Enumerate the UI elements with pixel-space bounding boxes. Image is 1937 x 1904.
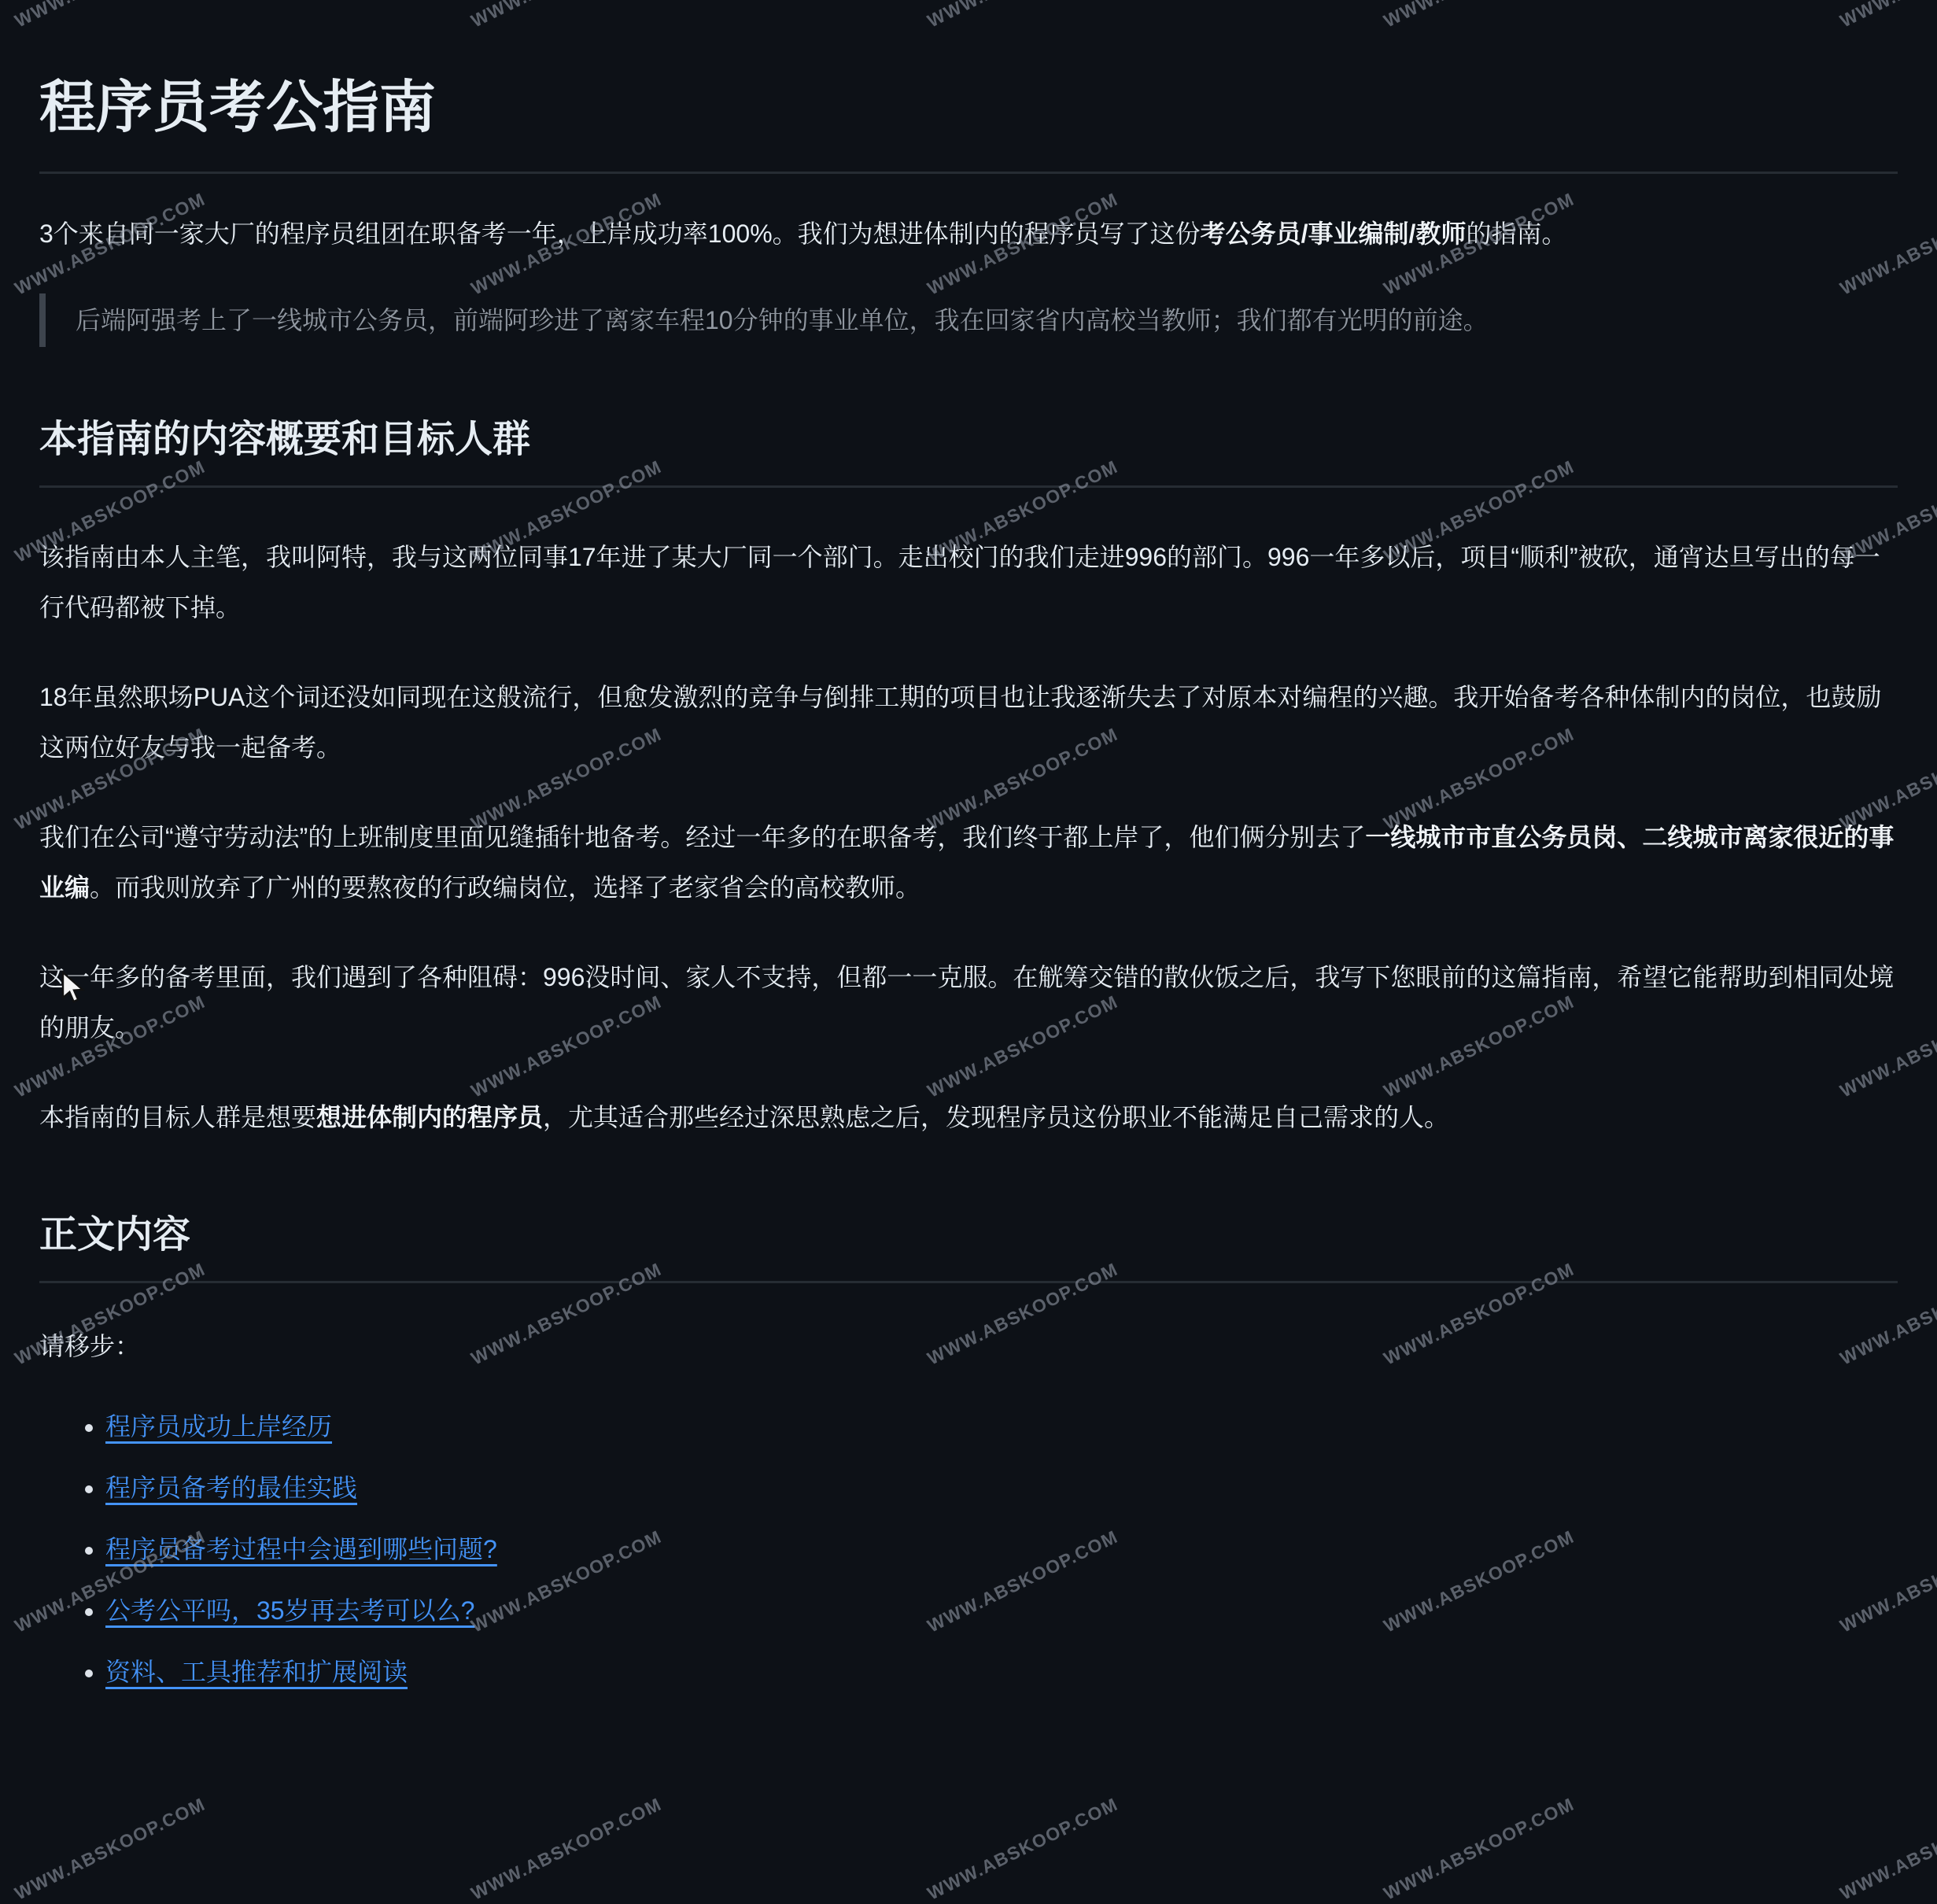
text-segment: 。而我则放弃了广州的要熬夜的行政编岗位，选择了老家省会的高校教师。	[90, 873, 921, 902]
toc-link-fairness-age35[interactable]: 公考公平吗，35岁再去考可以么?	[105, 1596, 474, 1625]
quote-block: 后端阿强考上了一线城市公务员，前端阿珍进了离家车程10分钟的事业单位，我在回家省…	[39, 293, 1898, 347]
watermark-text: WWW.ABSKOOP.COM	[467, 0, 665, 31]
section-heading-overview: 本指南的内容概要和目标人群	[39, 416, 1898, 488]
text-segment: 的指南。	[1466, 220, 1566, 248]
text-segment: 这一年多的备考里面，我们遇到了各种阻碍：996没时间、家人不支持，但都一一克服。…	[39, 963, 1894, 1042]
watermark-text: WWW.ABSKOOP.COM	[1836, 0, 1937, 31]
toc-link-best-practices[interactable]: 程序员备考的最佳实践	[105, 1474, 357, 1502]
body-paragraph: 这一年多的备考里面，我们遇到了各种阻碍：996没时间、家人不支持，但都一一克服。…	[39, 952, 1898, 1053]
watermark-text: WWW.ABSKOOP.COM	[467, 1794, 665, 1904]
toc-link-success-stories[interactable]: 程序员成功上岸经历	[105, 1412, 332, 1441]
section-heading-content: 正文内容	[39, 1212, 1898, 1283]
quote-text: 后端阿强考上了一线城市公务员，前端阿珍进了离家车程10分钟的事业单位，我在回家省…	[76, 295, 1850, 345]
toc-item: 程序员备考过程中会遇到哪些问题?	[105, 1524, 1898, 1574]
toc-item: 程序员成功上岸经历	[105, 1401, 1898, 1452]
text-segment: 我们在公司“遵守劳动法”的上班制度里面见缝插针地备考。经过一年多的在职备考，我们…	[39, 823, 1365, 851]
bold-text: 考公务员/事业编制/教师	[1201, 220, 1467, 248]
body-paragraph: 我们在公司“遵守劳动法”的上班制度里面见缝插针地备考。经过一年多的在职备考，我们…	[39, 812, 1898, 913]
document-body: 程序员考公指南 3个来自同一家大厂的程序员组团在职备考一年，上岸成功率100%。…	[0, 72, 1937, 1697]
toc-item: 公考公平吗，35岁再去考可以么?	[105, 1585, 1898, 1636]
body-paragraph: 本指南的目标人群是想要想进体制内的程序员，尤其适合那些经过深思熟虑之后，发现程序…	[39, 1092, 1898, 1142]
watermark-text: WWW.ABSKOOP.COM	[11, 1794, 208, 1904]
body-paragraph: 18年虽然职场PUA这个词还没如同现在这般流行，但愈发激烈的竞争与倒排工期的项目…	[39, 672, 1898, 773]
toc-link-resources[interactable]: 资料、工具推荐和扩展阅读	[105, 1658, 408, 1686]
text-segment: 该指南由本人主笔，我叫阿特，我与这两位同事17年进了某大厂同一个部门。走出校门的…	[39, 543, 1880, 622]
watermark-text: WWW.ABSKOOP.COM	[1380, 0, 1577, 31]
watermark-text: WWW.ABSKOOP.COM	[924, 0, 1121, 31]
text-segment: 18年虽然职场PUA这个词还没如同现在这般流行，但愈发激烈的竞争与倒排工期的项目…	[39, 683, 1881, 762]
text-segment: 本指南的目标人群是想要	[39, 1103, 316, 1131]
text-segment: ，尤其适合那些经过深思熟虑之后，发现程序员这份职业不能满足自己需求的人。	[543, 1103, 1449, 1131]
toc-lead: 请移步：	[39, 1321, 1898, 1371]
watermark-text: WWW.ABSKOOP.COM	[1380, 1794, 1577, 1904]
body-paragraph: 该指南由本人主笔，我叫阿特，我与这两位同事17年进了某大厂同一个部门。走出校门的…	[39, 532, 1898, 633]
toc-item: 程序员备考的最佳实践	[105, 1463, 1898, 1513]
toc-link-problems[interactable]: 程序员备考过程中会遇到哪些问题?	[105, 1535, 497, 1563]
toc-item: 资料、工具推荐和扩展阅读	[105, 1647, 1898, 1697]
text-segment: 3个来自同一家大厂的程序员组团在职备考一年，上岸成功率100%。我们为想进体制内…	[39, 220, 1201, 248]
toc-list: 程序员成功上岸经历 程序员备考的最佳实践 程序员备考过程中会遇到哪些问题? 公考…	[39, 1401, 1898, 1697]
watermark-text: WWW.ABSKOOP.COM	[11, 0, 208, 31]
page-title: 程序员考公指南	[39, 72, 1898, 174]
intro-paragraph: 3个来自同一家大厂的程序员组团在职备考一年，上岸成功率100%。我们为想进体制内…	[39, 208, 1898, 259]
watermark-text: WWW.ABSKOOP.COM	[924, 1794, 1121, 1904]
bold-text: 想进体制内的程序员	[316, 1103, 543, 1131]
watermark-text: WWW.ABSKOOP.COM	[1836, 1794, 1937, 1904]
